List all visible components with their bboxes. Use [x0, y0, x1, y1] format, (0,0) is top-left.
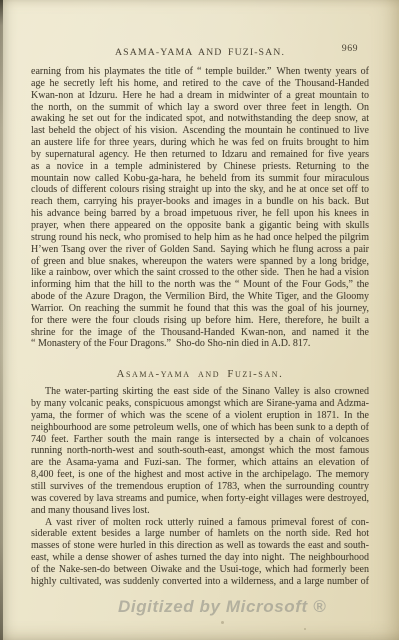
section-heading: Asama-yama and Fuzi-san.	[31, 368, 369, 381]
text-line: strung round his neck, who promised to h…	[31, 232, 369, 244]
text-line: prayer, when there appeared on the oppos…	[31, 220, 369, 232]
paragraph-volcanic-peaks: The water-parting skirting the east side…	[31, 386, 369, 516]
page-number: 969	[342, 43, 358, 54]
page-text: earning from his playmates the title of …	[31, 66, 369, 588]
text-line: informing him that the hill to the north…	[31, 279, 369, 291]
text-line: Kwan-non at Idzuru. Here he had a dream …	[31, 90, 369, 102]
text-line: The water-parting skirting the east side…	[31, 386, 369, 398]
text-line: reach them, carrying his prayer-books an…	[31, 196, 369, 208]
paragraph-lava-river: A vast river of molten rock utterly ruin…	[31, 517, 369, 588]
text-line: was covered by lava streams and pumice, …	[31, 493, 369, 505]
text-line: A vast river of molten rock utterly ruin…	[31, 517, 369, 529]
text-line: running north-north-west and south-south…	[31, 445, 369, 457]
text-line: still survives of the tremendous eruptio…	[31, 481, 369, 493]
text-line: by many volcanic peaks, conspicuous amon…	[31, 398, 369, 410]
text-line: highly cultivated, was suddenly converte…	[31, 576, 369, 588]
text-line: his advance being barred by a broad impe…	[31, 208, 369, 220]
text-line: “ Monastery of the Four Dragons.” Sho-do…	[31, 338, 369, 350]
text-line: shrine for the image of the Thousand-Han…	[31, 327, 369, 339]
text-line: Warrior. On reaching the summit he found…	[31, 303, 369, 315]
text-line: 740 feet. Farther south the main range i…	[31, 434, 369, 446]
book-page: ASAMA-YAMA AND FUZI-SAN. 969 earning fro…	[0, 0, 399, 640]
text-line: siderable extent besides a large number …	[31, 528, 369, 540]
text-line: for there were the four clouds rising up…	[31, 315, 369, 327]
paragraph-legend-of-shodo: earning from his playmates the title of …	[31, 66, 369, 350]
text-line: clouds of different colours rising strai…	[31, 184, 369, 196]
scan-speck	[221, 621, 224, 624]
digitized-watermark: Digitized by Microsoft ®	[118, 597, 326, 617]
text-line: east, while a dense shower of ashes turn…	[31, 552, 369, 564]
text-line: 8,400 feet, is one of the highest and mo…	[31, 469, 369, 481]
text-line: like a rainbow, over which the saint cro…	[31, 267, 369, 279]
running-head: ASAMA-YAMA AND FUZI-SAN. 969	[31, 42, 369, 55]
text-line: of green and blue snakes, whereupon the …	[31, 256, 369, 268]
text-line: H’wen Tsang over the river of Golden San…	[31, 244, 369, 256]
text-line: awaking he set out for the indicated spo…	[31, 113, 369, 125]
text-line: an austere life for three years, during …	[31, 137, 369, 149]
page-edge-shadow	[0, 0, 3, 640]
text-line: yama, the former of which was the scene …	[31, 410, 369, 422]
running-head-title: ASAMA-YAMA AND FUZI-SAN.	[115, 47, 285, 58]
text-line: masses of stone were hurled in this dire…	[31, 540, 369, 552]
text-line: the north, on the summit of which lay a …	[31, 102, 369, 114]
text-line: earning from his playmates the title of …	[31, 66, 369, 78]
text-line: as a novice in a temple administered by …	[31, 161, 369, 173]
text-line: of the Nake-sen-do between Oiwake and th…	[31, 564, 369, 576]
text-line: and many thousand lives lost.	[31, 505, 369, 517]
text-line: neighbourhood are some petroleum wells, …	[31, 422, 369, 434]
text-line: mountain now called Kobu-ga-hara, he beh…	[31, 173, 369, 185]
text-line: are the Asama-yama and Fuzi-san. The for…	[31, 457, 369, 469]
text-line: last beheld the object of his vision. As…	[31, 125, 369, 137]
text-line: abode of the Azure Dragon, the Vermilion…	[31, 291, 369, 303]
text-line: by supernatural agency. He then returned…	[31, 149, 369, 161]
scan-speck	[304, 628, 306, 630]
text-line: age he secretly left his home, and retir…	[31, 78, 369, 90]
